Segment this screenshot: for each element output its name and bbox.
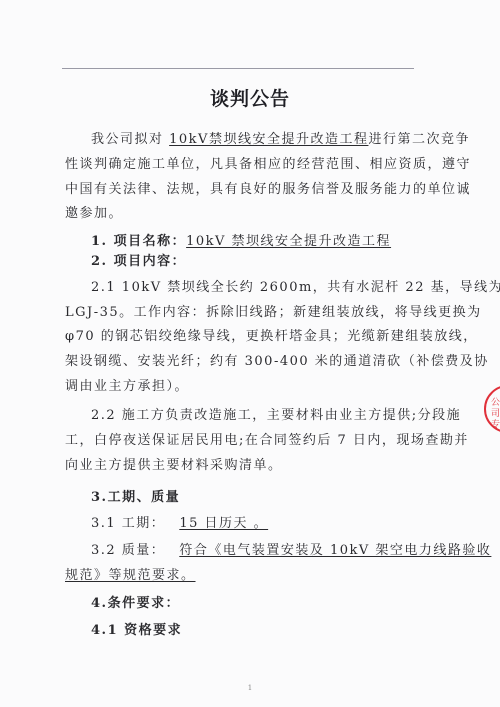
seal-char: 专 — [491, 417, 500, 430]
item-4-1: 4.1 资格要求 — [91, 622, 182, 640]
item-1-label: 1. 项目名称： — [91, 234, 186, 249]
red-seal-stamp: 公 司 专 — [484, 385, 500, 433]
item-3-2-value-cont: 规范》等规范要求。 — [65, 567, 196, 585]
item-2-2-line-1: 2.2 施工方负责改造施工，主要材料由业主方提供;分段施 — [91, 407, 461, 425]
intro-line-4: 邀参加。 — [65, 205, 123, 223]
intro-text: 进行第二次竞争 — [368, 132, 470, 147]
page-number: 1 — [0, 684, 500, 692]
item-3-1: 3.1 工期：15 日历天 。 — [91, 515, 268, 533]
item-4-label: 4.条件要求： — [91, 595, 180, 613]
item-4-1-label: 4.1 资格要求 — [91, 623, 182, 638]
header-rule — [62, 68, 414, 69]
item-2-1-line-1: 2.1 10kV 禁坝线全长约 2600m，共有水泥杆 22 基，导线为 — [91, 279, 500, 297]
item-2-2-line-2: 工，白停夜送保证居民用电;在合同签约后 7 日内，现场查勘并 — [65, 432, 469, 450]
document-page: 谈判公告 我公司拟对 10kV禁坝线安全提升改造工程进行第二次竞争 性谈判确定施… — [0, 0, 500, 707]
item-3-2-label: 3.2 质量： — [91, 543, 165, 558]
item-3-1-value: 15 日历天 。 — [179, 516, 268, 531]
intro-line-2: 性谈判确定施工单位，凡具备相应的经营范围、相应资质，遵守 — [65, 156, 471, 174]
item-1: 1. 项目名称：10kV 禁坝线安全提升改造工程 — [91, 233, 391, 251]
project-name-underlined: 10kV禁坝线安全提升改造工程 — [169, 132, 368, 147]
intro-text: 我公司拟对 — [91, 132, 169, 147]
item-2-label: 2. 项目内容： — [91, 253, 186, 271]
item-3-1-label: 3.1 工期： — [91, 516, 165, 531]
item-2-1-line-5: 调由业主方承担）。 — [65, 378, 189, 396]
item-2-2-line-3: 向业主方提供主要材料采购清单。 — [65, 457, 283, 475]
item-2-1-line-2: LGJ-35。工作内容：拆除旧线路；新建组装放线，将导线更换为 — [65, 304, 482, 322]
item-2-1-line-4: 架设钢缆、安装光纤；约有 300-400 米的通道清砍（补偿费及协 — [65, 353, 489, 371]
item-3-label: 3.工期、质量 — [91, 489, 180, 507]
intro-line-1: 我公司拟对 10kV禁坝线安全提升改造工程进行第二次竞争 — [91, 131, 470, 149]
item-3-2: 3.2 质量：符合《电气装置安装及 10kV 架空电力线路验收 — [91, 542, 491, 560]
item-3-2-value: 符合《电气装置安装及 10kV 架空电力线路验收 — [179, 543, 491, 558]
intro-line-3: 中国有关法律、法规，具有良好的服务信誉及服务能力的单位诚 — [65, 181, 471, 199]
item-1-value: 10kV 禁坝线安全提升改造工程 — [186, 234, 391, 249]
document-title: 谈判公告 — [0, 84, 500, 111]
item-2-1-line-3: φ70 的钢芯铝绞绝缘导线，更换杆塔金具；光缆新建组装放线， — [65, 328, 478, 346]
